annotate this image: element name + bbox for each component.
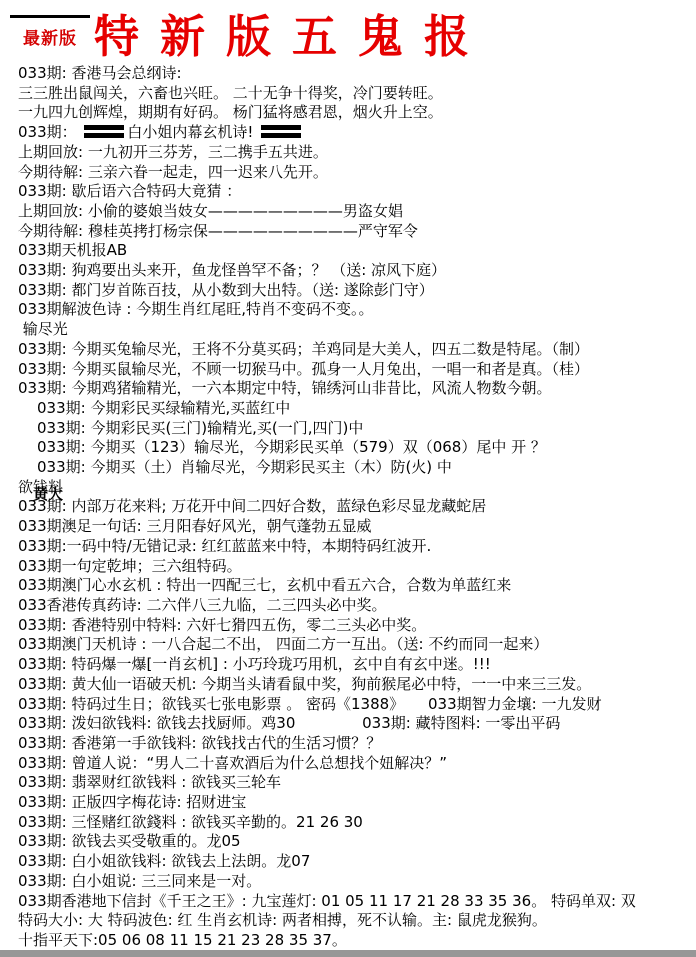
text-line: 输尽光: [0, 320, 696, 340]
text-line: 033期解波色诗 : 今期生肖红尾旺,特肖不变码不变。。: [0, 300, 696, 320]
text-line: 今期待解: 穆桂英拷打杨宗保——————————严守军令: [0, 222, 696, 242]
text-line: 033期: 正版四字梅花诗: 招财进宝: [0, 793, 696, 813]
text-line: 033期:一码中特/无错记录: 红红蓝蓝来中特，本期特码红波开.: [0, 537, 696, 557]
text-line: 033期: 白小姐欲钱料: 欲钱去上法朗。龙07: [0, 852, 696, 872]
double-bar-icon: [84, 125, 124, 138]
text-line: 033期: 三怪赌红欲錢料 : 欲钱买辛勤的。21 26 30: [0, 813, 696, 833]
text-line: 一九四九创辉煌，期期有好码。 杨门猛将感君恩，烟火升上空。: [0, 103, 696, 123]
document-body: 033期: 香港马会总纲诗:三三胜出鼠闯关，六畜也兴旺。 二十无争十得奖，冷门要…: [0, 62, 696, 951]
text-line: 特码大小: 大 特码波色: 红 生肖玄机诗: 两者相搏，死不认输。主: 鼠虎龙猴…: [0, 911, 696, 931]
text-line: 033期: 特码爆一爆[一肖玄机] : 小巧玲珑巧用机，玄中自有玄中迷。!!!: [0, 655, 696, 675]
text-line: 033期: 泼妇欲钱料: 欲钱去找厨师。鸡30 033期: 藏特图料: 一零出平…: [0, 714, 696, 734]
text-line: 033期天机报AB: [0, 241, 696, 261]
text-line: 三三胜出鼠闯关，六畜也兴旺。 二十无争十得奖，冷门要转旺。: [0, 84, 696, 104]
text-line: 十指平天下:05 06 08 11 15 21 23 28 35 37。: [0, 931, 696, 951]
masthead: 最新版 特新版五鬼报: [0, 0, 696, 62]
text-line: 033期: 今期鸡猪输精光，一六本期定中特，锦绣河山非昔比，风流人物数今朝。: [0, 379, 696, 399]
double-bar-icon: [261, 125, 301, 138]
text-line: 033期香港地下信封《千王之王》: 九宝莲灯: 01 05 11 17 21 2…: [0, 892, 696, 912]
text-line: 033期: 今期买（123）输尽光，今期彩民买单（579）双（068）尾中 开 …: [0, 438, 696, 458]
text-line: 033期: 今期买兔输尽光，王将不分莫买码；羊鸡同是大美人，四五二数是特尾。（制…: [0, 340, 696, 360]
text-line: 033期: 今期彩民买绿输精光,买蓝红中: [0, 399, 696, 419]
text-line: 033期: 今期买鼠输尽光，不顾一切猴马中。孤身一人月兔出，一唱一和者是真。（桂…: [0, 360, 696, 380]
text-line: 033期: 黄大仙一语破天机: 今期当头请看鼠中奖，狗前猴尾必中特，一一中来三三…: [0, 675, 696, 695]
text-line: 033期: 今期彩民买(三门)输精光,买(一门,四门)中: [0, 419, 696, 439]
text-line: 033期: 特码过生日；欲钱买七张电影票 。 密码《1388》 033期智力金壤…: [0, 695, 696, 715]
text-line: 033期: 内部万花来料; 万花开中间二四好合数，蓝绿色彩尽显龙藏蛇居: [0, 497, 696, 517]
text-line: 033期: 香港马会总纲诗:: [0, 64, 696, 84]
text-line: 033期: 曾道人说：“男人二十喜欢酒后为什么总想找个妞解决？”: [0, 754, 696, 774]
page-title: 特新版五鬼报: [94, 0, 490, 65]
text-line: 033期一句定乾坤；三六组特码。: [0, 557, 696, 577]
text-line: 上期回放: 小偷的婆娘当妓女—————————男盗女娼: [0, 202, 696, 222]
bottom-border: [0, 950, 696, 957]
text-line: 033香港传真药诗: 二六伴八三九临，二三四头必中奖。: [0, 596, 696, 616]
line-prefix: 033期：: [18, 123, 81, 141]
text-line: 033期: 白小姐说: 三三同来是一对。: [0, 872, 696, 892]
line-text: 白小姐内幕玄机诗!: [127, 123, 258, 141]
text-line: 上期回放: 一九初开三芬芳，三二携手五共进。: [0, 143, 696, 163]
text-line: 033期： 白小姐内幕玄机诗!: [0, 123, 696, 143]
text-line: 033期: 狗鸡要出头来开，鱼龙怪兽罕不备；？ （送: 凉风下庭）: [0, 261, 696, 281]
text-line: 033期澳门心水玄机 : 特出一四配三七，玄机中看五六合，合数为单蓝红来: [0, 576, 696, 596]
text-line: 033期: 翡翠财红欲钱料 : 欲钱买三轮车: [0, 773, 696, 793]
text-line: 033期澳足一句话: 三月阳春好风光，朝气蓬勃五显威: [0, 517, 696, 537]
text-line: 033期澳门天机诗 : 一八合起二不出， 四面二方一互出。（送: 不约而同一起来…: [0, 635, 696, 655]
overlapping-label: 黄大: [33, 485, 63, 505]
text-line: 033期: 都门岁首陈百技，从小数到大出特。（送: 遂除彭门守）: [0, 281, 696, 301]
edition-badge: 最新版: [10, 15, 90, 49]
text-line: 033期: 香港特别中特料: 六奸七猾四五伤，零二三头必中奖。: [0, 616, 696, 636]
text-line: 今期待解: 三亲六眷一起走，四一迟来八先开。: [0, 163, 696, 183]
text-line: 033期: 今期买（土）肖输尽光，今期彩民买主（木）防(火) 中: [0, 458, 696, 478]
text-line: 033期: 歇后语六合特码大竟猜 ：: [0, 182, 696, 202]
text-line: 欲钱料黄大: [0, 478, 696, 498]
text-line: 033期: 欲钱去买受敬重的。龙05: [0, 832, 696, 852]
text-line: 033期: 香港第一手欲钱料: 欲钱找古代的生活习惯？？: [0, 734, 696, 754]
